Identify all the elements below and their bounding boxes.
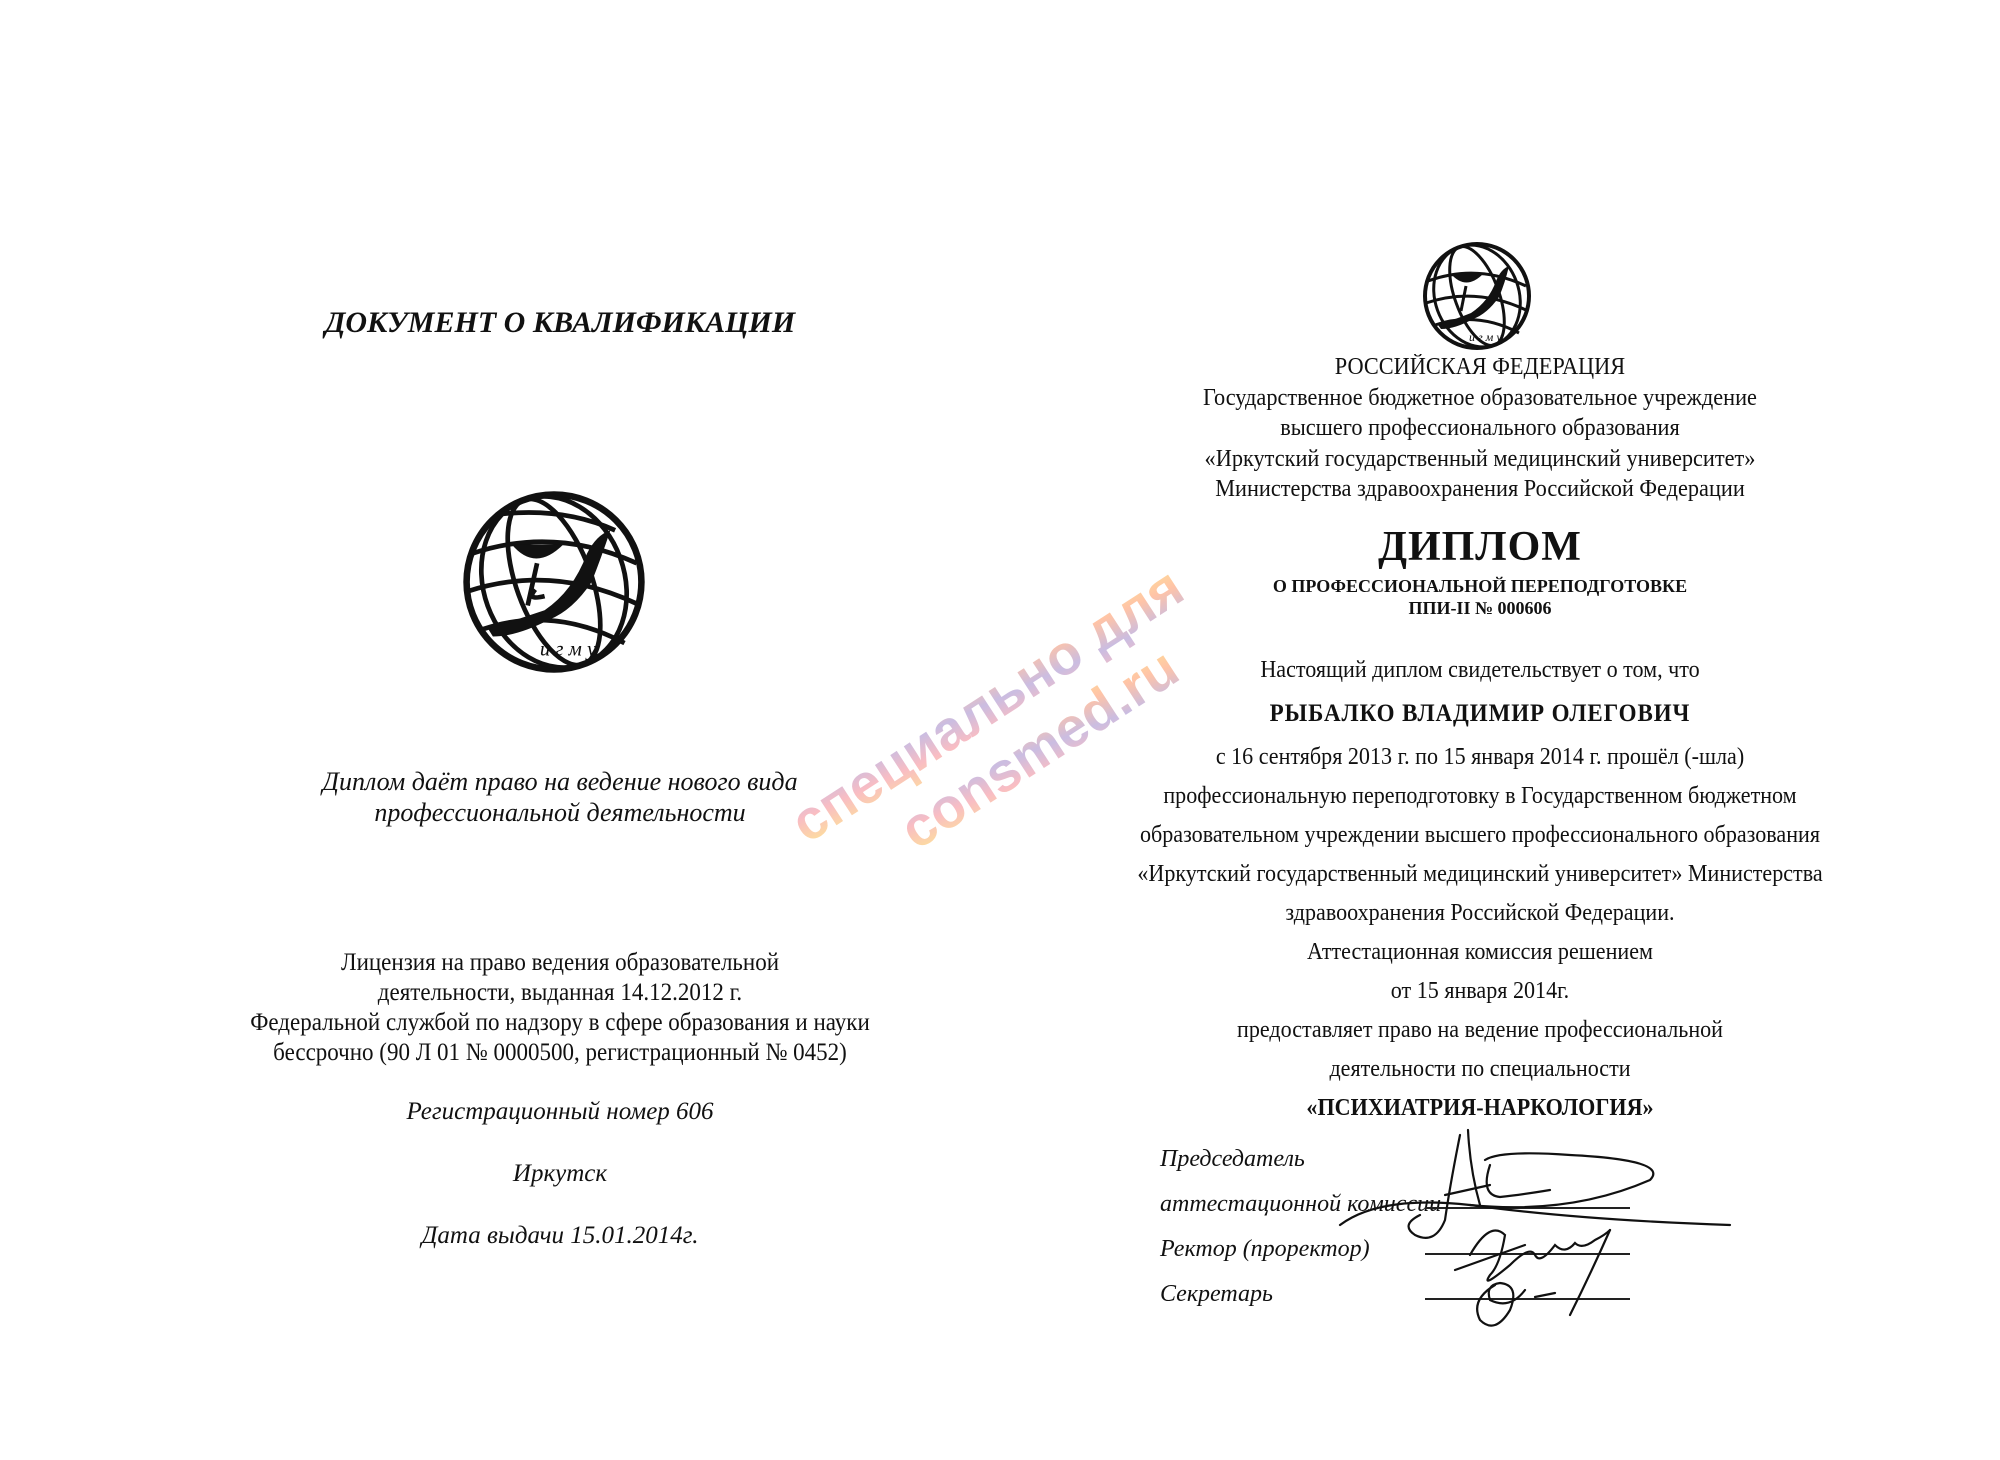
holder-name: РЫБАЛКО ВЛАДИМИР ОЛЕГОВИЧ [1084, 690, 1875, 738]
rights-statement: Диплом даёт право на ведение нового вида… [260, 766, 860, 828]
body-line: «Иркутский государственный медицинский у… [1084, 855, 1875, 894]
institution-line: «Иркутский государственный медицинский у… [1117, 444, 1842, 475]
rights-line: профессиональной деятельности [260, 797, 860, 828]
body-line: образовательном учреждении высшего профе… [1084, 816, 1875, 855]
license-info: Лицензия на право ведения образовательно… [201, 948, 919, 1068]
body-line: предоставляет право на ведение профессио… [1084, 1011, 1875, 1050]
body-line: профессиональную переподготовку в Госуда… [1084, 777, 1875, 816]
institution-line: Государственное бюджетное образовательно… [1117, 383, 1842, 414]
body-line: здравоохранения Российской Федерации. [1084, 894, 1875, 933]
handwritten-signatures-icon [1320, 1125, 1740, 1335]
diploma-body: Настоящий диплом свидетельствует о том, … [1084, 651, 1875, 1128]
diploma-subtitle: О ПРОФЕССИОНАЛЬНОЙ ПЕРЕПОДГОТОВКЕ [1200, 575, 1760, 597]
qualification-document-title: ДОКУМЕНТ О КВАЛИФИКАЦИИ [250, 306, 870, 340]
body-line: деятельности по специальности [1084, 1050, 1875, 1089]
university-globe-logo-icon: и г м у [1421, 241, 1533, 351]
diploma-title: ДИПЛОМ [1230, 523, 1730, 571]
issue-date: Дата выдачи 15.01.2014г. [300, 1222, 820, 1250]
institution-header: РОССИЙСКАЯ ФЕДЕРАЦИЯ Государственное бюд… [1117, 352, 1842, 505]
body-line: от 15 января 2014г. [1084, 972, 1875, 1011]
registration-number: Регистрационный номер 606 [300, 1098, 820, 1126]
body-line: с 16 сентября 2013 г. по 15 января 2014 … [1084, 738, 1875, 777]
issue-city: Иркутск [300, 1160, 820, 1188]
license-line: деятельности, выданная 14.12.2012 г. [201, 978, 919, 1008]
license-line: Федеральной службой по надзору в сфере о… [201, 1008, 919, 1038]
specialty-name: «ПСИХИАТРИЯ-НАРКОЛОГИЯ» [1084, 1089, 1875, 1128]
diploma-number: ППИ-II № 000606 [1200, 597, 1760, 619]
country-name: РОССИЙСКАЯ ФЕДЕРАЦИЯ [1117, 352, 1842, 383]
certifies-text: Настоящий диплом свидетельствует о том, … [1084, 651, 1875, 690]
diploma-subtitle-block: О ПРОФЕССИОНАЛЬНОЙ ПЕРЕПОДГОТОВКЕ ППИ-II… [1200, 575, 1760, 619]
body-line: Аттестационная комиссия решением [1084, 933, 1875, 972]
license-line: Лицензия на право ведения образовательно… [201, 948, 919, 978]
institution-line: высшего профессионального образования [1117, 413, 1842, 444]
institution-line: Министерства здравоохранения Российской … [1117, 474, 1842, 505]
svg-text:и г м у: и г м у [1469, 330, 1502, 344]
rights-line: Диплом даёт право на ведение нового вида [260, 766, 860, 797]
svg-text:и г м у: и г м у [540, 638, 597, 660]
university-globe-logo-icon: и г м у [460, 487, 648, 677]
license-line: бессрочно (90 Л 01 № 0000500, регистраци… [201, 1038, 919, 1068]
